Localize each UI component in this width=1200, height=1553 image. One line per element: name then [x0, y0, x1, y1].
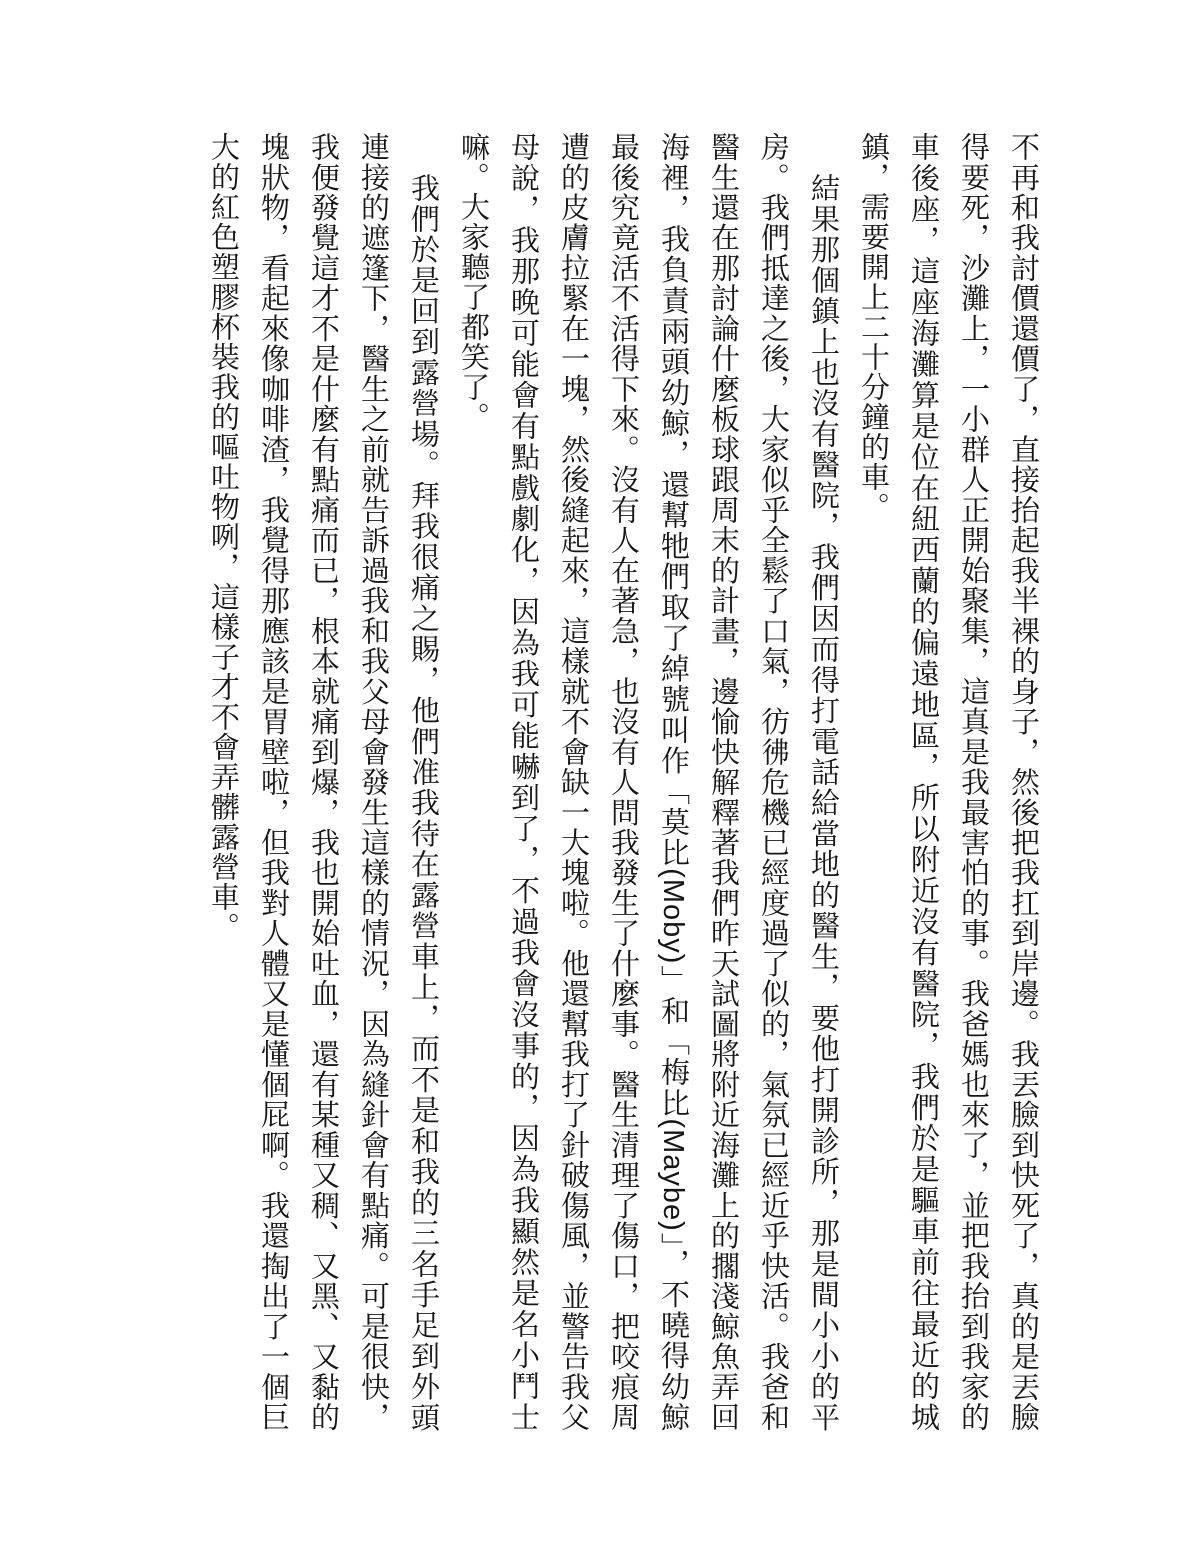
paragraph-3: 我們於是回到露營場。拜我很痛之賜，他們准我待在露營車上，而不是和我的三名手足到外… [198, 132, 448, 1432]
paragraph-1: 不再和我討價還價了，直接抬起我半裸的身子，然後把我扛到岸邊。我丟臉到快死了，真的… [848, 132, 1048, 1432]
vertical-text-block: 不再和我討價還價了，直接抬起我半裸的身子，然後把我扛到岸邊。我丟臉到快死了，真的… [198, 132, 1048, 1432]
book-page: 不再和我討價還價了，直接抬起我半裸的身子，然後把我扛到岸邊。我丟臉到快死了，真的… [0, 0, 1200, 1553]
paragraph-2: 結果那個鎮上也沒有醫院，我們因而得打電話給當地的醫生，要他打開診所，那是間小小的… [448, 132, 848, 1432]
